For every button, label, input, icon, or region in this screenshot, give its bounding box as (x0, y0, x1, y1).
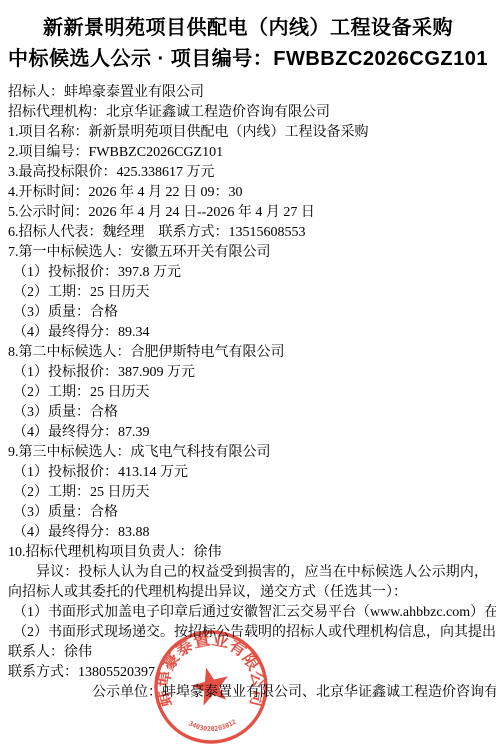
seal-serial-arc-text: 3403020203012 (187, 718, 238, 733)
candidate-2-duration: （2）工期：25 日历天 (8, 383, 488, 403)
detail-value: 397.8 万元 (118, 265, 181, 280)
item-value: 徐伟 (194, 545, 222, 560)
candidate-name: 安徽五环开关有限公司 (131, 245, 271, 260)
item-label: 项目名称： (19, 125, 89, 140)
contact-phone-value: 13805520397 (78, 665, 155, 680)
detail-number: （1） (13, 465, 48, 480)
contact-name-label: 联系人： (8, 645, 64, 660)
detail-label: 最终得分： (48, 425, 118, 440)
detail-label: 工期： (48, 285, 90, 300)
candidate-2-header: 8.第二中标候选人：合肥伊斯特电气有限公司 (8, 343, 488, 363)
detail-label: 投标报价： (48, 365, 118, 380)
agency-line: 招标代理机构：北京华证鑫诚工程造价咨询有限公司 (8, 103, 488, 123)
detail-value: 413.14 万元 (118, 465, 188, 480)
detail-value: 89.34 (118, 325, 150, 340)
detail-number: （2） (13, 285, 48, 300)
detail-label: 最终得分： (48, 525, 118, 540)
detail-number: （3） (13, 505, 48, 520)
item-label: 公示时间： (19, 205, 89, 220)
candidate-2-score: （4）最终得分：87.39 (8, 423, 488, 443)
project-item-representative: 6.招标人代表：魏经理 联系方式：13515608553 (8, 223, 488, 243)
item-value: 新新景明苑项目供配电（内线）工程设备采购 (89, 125, 369, 140)
detail-number: （2） (13, 485, 48, 500)
item-number: 6. (8, 225, 19, 240)
candidate-3-score: （4）最终得分：83.88 (8, 523, 488, 543)
project-item-max-price: 3.最高投标限价：425.338617 万元 (8, 163, 488, 183)
candidate-rank-label: 第三中标候选人： (19, 445, 131, 460)
item-number: 10. (8, 545, 26, 560)
item-number: 7. (8, 245, 19, 260)
detail-label: 质量： (48, 405, 90, 420)
candidate-1-duration: （2）工期：25 日历天 (8, 283, 488, 303)
contact-phone-line: 联系方式：13805520397 (8, 663, 488, 683)
detail-number: （3） (13, 305, 48, 320)
announcement-page: 新新景明苑项目供配电（内线）工程设备采购 中标候选人公示 · 项目编号：FWBB… (0, 0, 496, 703)
candidate-1-bid: （1）投标报价：397.8 万元 (8, 263, 488, 283)
candidate-name: 合肥伊斯特电气有限公司 (131, 345, 285, 360)
detail-number: （1） (13, 265, 48, 280)
contact-name-value: 徐伟 (64, 645, 92, 660)
title-line-2: 中标候选人公示 · 项目编号：FWBBZC2026CGZ101 (8, 44, 488, 75)
detail-value: 合格 (90, 505, 118, 520)
project-item-code: 2.项目编号：FWBBZC2026CGZ101 (8, 143, 488, 163)
document-title: 新新景明苑项目供配电（内线）工程设备采购 中标候选人公示 · 项目编号：FWBB… (8, 13, 488, 75)
tenderer-line: 招标人：蚌埠豪泰置业有限公司 (8, 83, 488, 103)
contact-name-line: 联系人：徐伟 (8, 643, 488, 663)
item-number: 1. (8, 125, 19, 140)
publicity-unit-label: 公示单位： (92, 685, 162, 700)
candidate-1-header: 7.第一中标候选人：安徽五环开关有限公司 (8, 243, 488, 263)
tenderer-label: 招标人： (8, 85, 64, 100)
item-number: 2. (8, 145, 19, 160)
item-number: 4. (8, 185, 19, 200)
detail-value: 25 日历天 (90, 485, 150, 500)
detail-label: 质量： (48, 305, 90, 320)
item-label: 招标人代表： (19, 225, 103, 240)
detail-number: （4） (13, 325, 48, 340)
candidate-1-score: （4）最终得分：89.34 (8, 323, 488, 343)
candidate-2-bid: （1）投标报价：387.909 万元 (8, 363, 488, 383)
document-body: 招标人：蚌埠豪泰置业有限公司 招标代理机构：北京华证鑫诚工程造价咨询有限公司 1… (8, 83, 488, 703)
agency-value: 北京华证鑫诚工程造价咨询有限公司 (106, 105, 330, 120)
candidate-rank-label: 第一中标候选人： (19, 245, 131, 260)
item-number: 5. (8, 205, 19, 220)
candidate-3-bid: （1）投标报价：413.14 万元 (8, 463, 488, 483)
detail-number: （4） (13, 425, 48, 440)
tenderer-value: 蚌埠豪泰置业有限公司 (64, 85, 204, 100)
project-item-publicity-period: 5.公示时间：2026 年 4 月 24 日--2026 年 4 月 27 日 (8, 203, 488, 223)
detail-value: 387.909 万元 (118, 365, 195, 380)
item-label: 开标时间： (19, 185, 89, 200)
detail-label: 工期： (48, 485, 90, 500)
detail-value: 83.88 (118, 525, 150, 540)
item-number: 8. (8, 345, 19, 360)
detail-value: 87.39 (118, 425, 150, 440)
detail-label: 投标报价： (48, 265, 118, 280)
detail-number: （2） (13, 385, 48, 400)
candidate-3-duration: （2）工期：25 日历天 (8, 483, 488, 503)
detail-value: 25 日历天 (90, 285, 150, 300)
item-value: FWBBZC2026CGZ101 (89, 145, 224, 160)
title-line-1: 新新景明苑项目供配电（内线）工程设备采购 (8, 13, 488, 44)
detail-label: 质量： (48, 505, 90, 520)
candidate-2-quality: （3）质量：合格 (8, 403, 488, 423)
item-value: 2026 年 4 月 24 日--2026 年 4 月 27 日 (89, 205, 315, 220)
detail-value: 合格 (90, 405, 118, 420)
detail-number: （1） (13, 365, 48, 380)
detail-number: （3） (13, 405, 48, 420)
item-value: 魏经理 联系方式：13515608553 (103, 225, 306, 240)
project-item-open-time: 4.开标时间：2026 年 4 月 22 日 09：30 (8, 183, 488, 203)
publicity-unit-value: 蚌埠豪泰置业有限公司、北京华证鑫诚工程造价咨询有限公司 (162, 685, 496, 700)
detail-value: 25 日历天 (90, 385, 150, 400)
item-label: 项目编号： (19, 145, 89, 160)
item-value: 425.338617 万元 (117, 165, 215, 180)
candidate-3-header: 9.第三中标候选人：成飞电气科技有限公司 (8, 443, 488, 463)
candidate-3-quality: （3）质量：合格 (8, 503, 488, 523)
detail-label: 投标报价： (48, 465, 118, 480)
objection-method-onsite: （2）书面形式现场递交。按招标公告载明的招标人或代理机构信息，向其提出。 (8, 623, 488, 643)
candidate-rank-label: 第二中标候选人： (19, 345, 131, 360)
candidate-name: 成飞电气科技有限公司 (131, 445, 271, 460)
detail-number: （4） (13, 525, 48, 540)
publicity-unit-line: 公示单位：蚌埠豪泰置业有限公司、北京华证鑫诚工程造价咨询有限公司 (8, 683, 488, 703)
candidate-1-quality: （3）质量：合格 (8, 303, 488, 323)
item-number: 9. (8, 445, 19, 460)
agency-manager-line: 10.招标代理机构项目负责人：徐伟 (8, 543, 488, 563)
detail-label: 最终得分： (48, 325, 118, 340)
detail-label: 工期： (48, 385, 90, 400)
detail-value: 合格 (90, 305, 118, 320)
objection-paragraph: 异议：投标人认为自己的权益受到损害的，应当在中标候选人公示期内，向招标人或其委托… (8, 563, 488, 603)
agency-label: 招标代理机构： (8, 105, 106, 120)
item-label: 招标代理机构项目负责人： (26, 545, 194, 560)
item-number: 3. (8, 165, 19, 180)
item-label: 最高投标限价： (19, 165, 117, 180)
item-value: 2026 年 4 月 22 日 09：30 (89, 185, 243, 200)
objection-method-online: （1）书面形式加盖电子印章后通过安徽智汇云交易平台（www.ahbbzc.com… (8, 603, 488, 623)
contact-phone-label: 联系方式： (8, 665, 78, 680)
project-item-name: 1.项目名称：新新景明苑项目供配电（内线）工程设备采购 (8, 123, 488, 143)
